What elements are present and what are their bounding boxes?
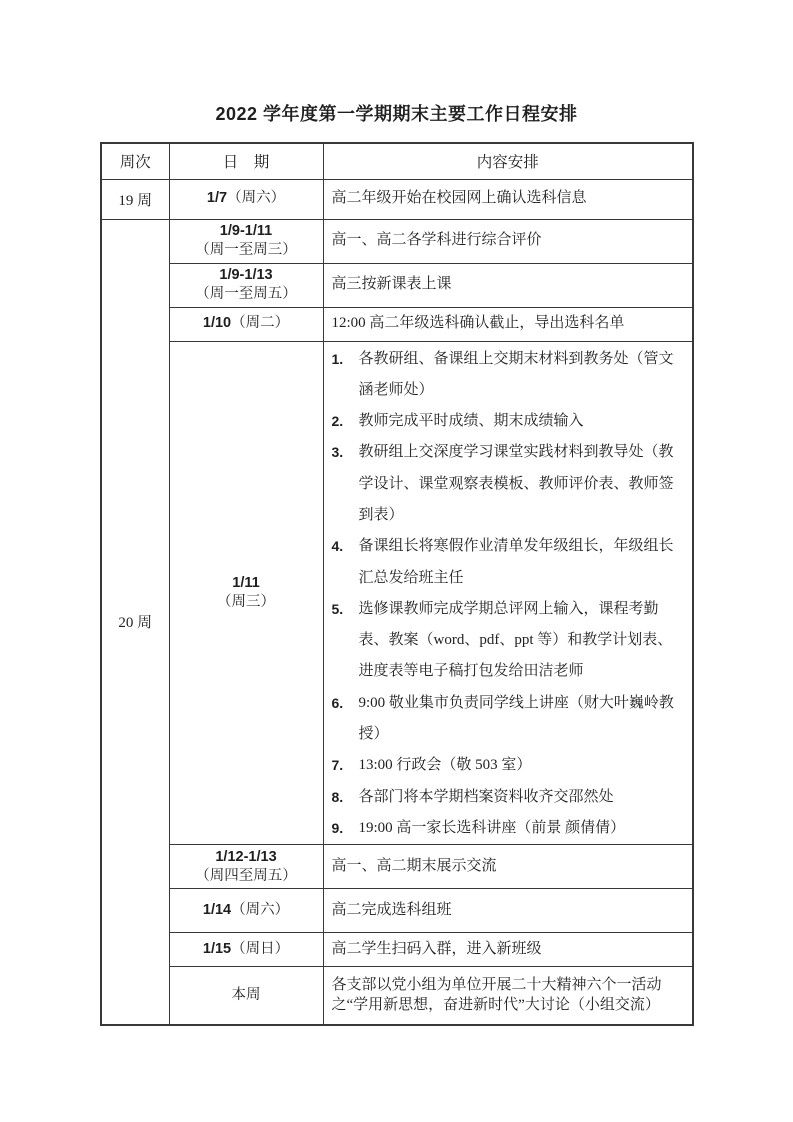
date-weekday: （周三） xyxy=(170,593,323,612)
content-cell: 高二年级开始在校园网上确认选科信息 xyxy=(323,179,693,219)
list-item: 8.各部门将本学期档案资料收齐交邵然处 xyxy=(332,782,687,813)
date-number: 1/7 xyxy=(207,190,227,206)
table-row: 19 周 1/7（周六） 高二年级开始在校园网上确认选科信息 xyxy=(101,179,693,219)
list-item-number: 3. xyxy=(332,437,359,468)
list-item-number: 8. xyxy=(332,782,359,813)
content-cell: 高二学生扫码入群，进入新班级 xyxy=(323,933,693,967)
table-row: 1/15（周日） 高二学生扫码入群，进入新班级 xyxy=(101,933,693,967)
list-item-text: 13:00 行政会（敬 503 室） xyxy=(359,750,687,781)
table-header-row: 周次 日 期 内容安排 xyxy=(101,143,693,179)
list-item-number: 4. xyxy=(332,531,359,562)
content-cell: 高一、高二期末展示交流 xyxy=(323,845,693,889)
date-cell: 1/7（周六） xyxy=(169,179,323,219)
list-item: 4.备课组长将寒假作业清单发年级组长，年级组长汇总发给班主任 xyxy=(332,531,687,594)
date-weekday: （周六） xyxy=(231,902,289,918)
table-row: 20 周 1/9-1/11 （周一至周三） 高一、高二各学科进行综合评价 xyxy=(101,219,693,263)
list-item: 5.选修课教师完成学期总评网上输入，课程考勤表、教案（word、pdf、ppt … xyxy=(332,594,687,688)
list-item-number: 5. xyxy=(332,594,359,625)
date-cell: 1/9-1/13 （周一至周五） xyxy=(169,263,323,307)
list-item-text: 教师完成平时成绩、期末成绩输入 xyxy=(359,406,687,437)
date-number: 1/14 xyxy=(203,902,231,918)
list-item-text: 各部门将本学期档案资料收齐交邵然处 xyxy=(359,782,687,813)
list-item: 6.9:00 敬业集市负责同学线上讲座（财大叶巍岭教授） xyxy=(332,688,687,751)
table-row-task-list: 1/11 （周三） 1.各教研组、备课组上交期末材料到教务处（管文涵老师处） 2… xyxy=(101,341,693,845)
date-cell: 1/11 （周三） xyxy=(169,341,323,845)
week-20-cell: 20 周 xyxy=(101,219,169,1025)
content-cell: 高一、高二各学科进行综合评价 xyxy=(323,219,693,263)
list-item: 2.教师完成平时成绩、期末成绩输入 xyxy=(332,406,687,437)
date-number: 1/15 xyxy=(203,941,231,957)
date-weekday: （周二） xyxy=(231,315,289,331)
table-row: 1/12-1/13 （周四至周五） 高一、高二期末展示交流 xyxy=(101,845,693,889)
list-item-text: 备课组长将寒假作业清单发年级组长，年级组长汇总发给班主任 xyxy=(359,531,687,594)
content-cell: 高二完成选科组班 xyxy=(323,889,693,933)
page-title: 2022 学年度第一学期期末主要工作日程安排 xyxy=(0,100,793,126)
list-item: 9.19:00 高一家长选科讲座（前景 颜倩倩） xyxy=(332,813,687,844)
header-week: 周次 xyxy=(101,143,169,179)
list-item-number: 6. xyxy=(332,688,359,719)
date-weekday: （周一至周三） xyxy=(170,241,323,260)
date-number: 1/11 xyxy=(170,574,323,593)
table-row: 1/9-1/13 （周一至周五） 高三按新课表上课 xyxy=(101,263,693,307)
date-number: 1/9-1/13 xyxy=(170,266,323,285)
content-cell: 高三按新课表上课 xyxy=(323,263,693,307)
date-cell: 本周 xyxy=(169,967,323,1025)
list-item-number: 7. xyxy=(332,750,359,781)
table-row: 1/10（周二） 12:00 高二年级选科确认截止，导出选科名单 xyxy=(101,307,693,341)
date-cell: 1/12-1/13 （周四至周五） xyxy=(169,845,323,889)
date-cell: 1/10（周二） xyxy=(169,307,323,341)
list-item: 7.13:00 行政会（敬 503 室） xyxy=(332,750,687,781)
date-cell: 1/14（周六） xyxy=(169,889,323,933)
week-19-cell: 19 周 xyxy=(101,179,169,219)
task-list-cell: 1.各教研组、备课组上交期末材料到教务处（管文涵老师处） 2.教师完成平时成绩、… xyxy=(323,341,693,845)
date-cell: 1/15（周日） xyxy=(169,933,323,967)
date-cell: 1/9-1/11 （周一至周三） xyxy=(169,219,323,263)
list-item-text: 各教研组、备课组上交期末材料到教务处（管文涵老师处） xyxy=(359,344,687,407)
date-number: 1/10 xyxy=(203,315,231,331)
table-row: 本周 各支部以党小组为单位开展二十大精神六个一活动之“学用新思想，奋进新时代”大… xyxy=(101,967,693,1025)
header-date: 日 期 xyxy=(169,143,323,179)
date-number: 1/9-1/11 xyxy=(170,222,323,241)
content-cell: 各支部以党小组为单位开展二十大精神六个一活动之“学用新思想，奋进新时代”大讨论（… xyxy=(323,967,693,1025)
date-weekday: （周四至周五） xyxy=(170,867,323,886)
list-item: 3.教研组上交深度学习课堂实践材料到教导处（教学设计、课堂观察表模板、教师评价表… xyxy=(332,437,687,531)
date-weekday: （周一至周五） xyxy=(170,285,323,304)
list-item-number: 9. xyxy=(332,813,359,844)
header-content: 内容安排 xyxy=(323,143,693,179)
list-item-number: 2. xyxy=(332,406,359,437)
list-item-number: 1. xyxy=(332,344,359,375)
schedule-table: 周次 日 期 内容安排 19 周 1/7（周六） 高二年级开始在校园网上确认选科… xyxy=(100,142,694,1026)
date-label: 本周 xyxy=(232,987,261,1003)
date-weekday: （周日） xyxy=(231,941,289,957)
list-item: 1.各教研组、备课组上交期末材料到教务处（管文涵老师处） xyxy=(332,344,687,407)
date-weekday: （周六） xyxy=(227,190,285,206)
list-item-text: 选修课教师完成学期总评网上输入，课程考勤表、教案（word、pdf、ppt 等）… xyxy=(359,594,687,688)
list-item-text: 教研组上交深度学习课堂实践材料到教导处（教学设计、课堂观察表模板、教师评价表、教… xyxy=(359,437,687,531)
list-item-text: 19:00 高一家长选科讲座（前景 颜倩倩） xyxy=(359,813,687,844)
content-cell: 12:00 高二年级选科确认截止，导出选科名单 xyxy=(323,307,693,341)
table-row: 1/14（周六） 高二完成选科组班 xyxy=(101,889,693,933)
list-item-text: 9:00 敬业集市负责同学线上讲座（财大叶巍岭教授） xyxy=(359,688,687,751)
date-number: 1/12-1/13 xyxy=(170,848,323,867)
